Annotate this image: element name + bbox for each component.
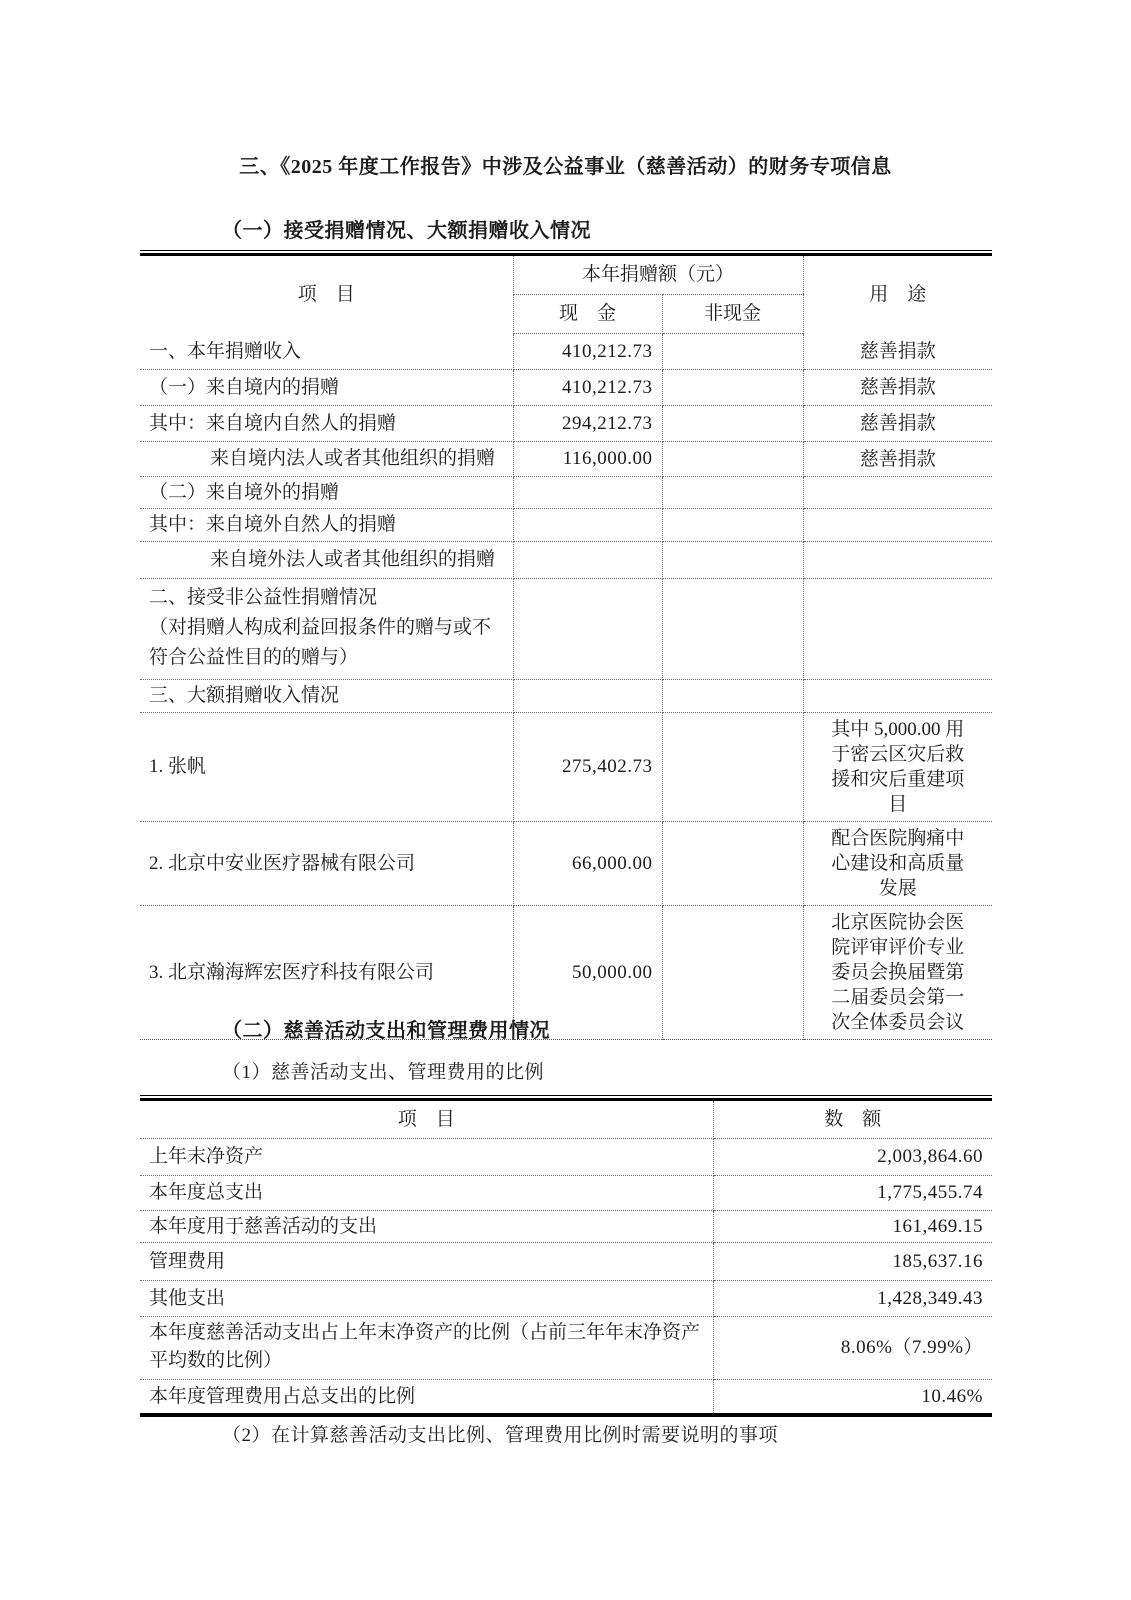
table-row: 三、大额捐赠收入情况	[140, 680, 992, 713]
purpose-cell	[803, 477, 992, 509]
non-cash-cell	[662, 334, 803, 370]
purpose-cell	[803, 509, 992, 542]
amount-cell: 185,637.16	[713, 1243, 992, 1281]
cash-cell: 275,402.73	[513, 713, 662, 822]
purpose-cell	[803, 579, 992, 680]
non-cash-cell	[662, 442, 803, 477]
table-row: 二、接受非公益性捐赠情况 （对捐赠人构成利益回报条件的赠与或不符合公益性目的的赠…	[140, 579, 992, 680]
item-cell: 来自境外法人或者其他组织的捐赠	[140, 542, 513, 579]
item-cell: 本年度管理费用占总支出的比例	[140, 1380, 713, 1415]
non-cash-cell	[662, 406, 803, 442]
non-cash-cell	[662, 477, 803, 509]
amount-cell: 2,003,864.60	[713, 1139, 992, 1176]
expense-table-wrapper: 项 目 数 额 上年末净资产 2,003,864.60 本年度总支出 1,775…	[140, 1095, 992, 1417]
purpose-cell	[803, 542, 992, 579]
non-cash-cell	[662, 579, 803, 680]
cash-cell: 410,212.73	[513, 334, 662, 370]
item-cell: （一）来自境内的捐赠	[140, 370, 513, 406]
purpose-cell: 其中 5,000.00 用于密云区灾后救援和灾后重建项目	[803, 713, 992, 822]
item-cell: 二、接受非公益性捐赠情况 （对捐赠人构成利益回报条件的赠与或不符合公益性目的的赠…	[140, 579, 513, 680]
table-row: 本年度用于慈善活动的支出 161,469.15	[140, 1211, 992, 1243]
item-cell: 来自境内法人或者其他组织的捐赠	[140, 442, 513, 477]
table-row: 本年度总支出 1,775,455.74	[140, 1176, 992, 1211]
item-cell: （二）来自境外的捐赠	[140, 477, 513, 509]
section2-heading: （二）慈善活动支出和管理费用情况	[222, 1014, 550, 1043]
item-cell: 管理费用	[140, 1243, 713, 1281]
non-cash-cell	[662, 822, 803, 906]
item-cell: 其他支出	[140, 1281, 713, 1317]
purpose-cell: 配合医院胸痛中心建设和高质量发展	[803, 822, 992, 906]
item-cell: 其中：来自境内自然人的捐赠	[140, 406, 513, 442]
table-row: （一）来自境内的捐赠 410,212.73 慈善捐款	[140, 370, 992, 406]
non-cash-cell	[662, 680, 803, 713]
non-cash-cell	[662, 906, 803, 1040]
donation-table: 项 目 本年捐赠额（元） 用 途 现 金 非现金 一、本年捐赠收入 410,21…	[140, 253, 992, 1040]
table-row: 来自境外法人或者其他组织的捐赠	[140, 542, 992, 579]
purpose-cell: 慈善捐款	[803, 442, 992, 477]
col-header-item: 项 目	[140, 255, 513, 334]
expense-table: 项 目 数 额 上年末净资产 2,003,864.60 本年度总支出 1,775…	[140, 1098, 992, 1417]
col-header-item: 项 目	[140, 1100, 713, 1139]
col-header-amount-group: 本年捐赠额（元）	[513, 255, 803, 295]
table-row: 其中：来自境内自然人的捐赠 294,212.73 慈善捐款	[140, 406, 992, 442]
amount-cell: 10.46%	[713, 1380, 992, 1415]
cash-cell	[513, 579, 662, 680]
table-row: 2. 北京中安业医疗器械有限公司 66,000.00 配合医院胸痛中心建设和高质…	[140, 822, 992, 906]
cash-cell	[513, 477, 662, 509]
cash-cell	[513, 680, 662, 713]
section2-sub1-heading: （1）慈善活动支出、管理费用的比例	[222, 1057, 544, 1084]
table-row: 本年度慈善活动支出占上年末净资产的比例（占前三年年末净资产平均数的比例） 8.0…	[140, 1317, 992, 1380]
page-title: 三、《2025 年度工作报告》中涉及公益事业（慈善活动）的财务专项信息	[0, 150, 1131, 179]
donation-header-row-1: 项 目 本年捐赠额（元） 用 途	[140, 255, 992, 295]
table-row: 上年末净资产 2,003,864.60	[140, 1139, 992, 1176]
purpose-cell: 慈善捐款	[803, 370, 992, 406]
non-cash-cell	[662, 542, 803, 579]
report-page: 三、《2025 年度工作报告》中涉及公益事业（慈善活动）的财务专项信息 （一）接…	[0, 0, 1131, 1600]
item-cell: 上年末净资产	[140, 1139, 713, 1176]
col-header-cash: 现 金	[513, 295, 662, 334]
cash-cell: 294,212.73	[513, 406, 662, 442]
purpose-cell: 慈善捐款	[803, 334, 992, 370]
expense-header-row: 项 目 数 额	[140, 1100, 992, 1139]
item-cell: 本年度用于慈善活动的支出	[140, 1211, 713, 1243]
table-row: 1. 张帆 275,402.73 其中 5,000.00 用于密云区灾后救援和灾…	[140, 713, 992, 822]
item-cell: 2. 北京中安业医疗器械有限公司	[140, 822, 513, 906]
cash-cell	[513, 509, 662, 542]
donation-table-wrapper: 项 目 本年捐赠额（元） 用 途 现 金 非现金 一、本年捐赠收入 410,21…	[140, 250, 992, 1040]
non-cash-cell	[662, 370, 803, 406]
table-row: 管理费用 185,637.16	[140, 1243, 992, 1281]
table-row: 其他支出 1,428,349.43	[140, 1281, 992, 1317]
table-row: 来自境内法人或者其他组织的捐赠 116,000.00 慈善捐款	[140, 442, 992, 477]
cash-cell: 66,000.00	[513, 822, 662, 906]
cash-cell: 410,212.73	[513, 370, 662, 406]
table-row: （二）来自境外的捐赠	[140, 477, 992, 509]
col-header-amount: 数 额	[713, 1100, 992, 1139]
col-header-non-cash: 非现金	[662, 295, 803, 334]
col-header-purpose: 用 途	[803, 255, 992, 334]
purpose-cell: 慈善捐款	[803, 406, 992, 442]
non-cash-cell	[662, 509, 803, 542]
item-cell: 本年度总支出	[140, 1176, 713, 1211]
table-row: 一、本年捐赠收入 410,212.73 慈善捐款	[140, 334, 992, 370]
amount-cell: 1,775,455.74	[713, 1176, 992, 1211]
purpose-cell: 北京医院协会医院评审评价专业委员会换届暨第二届委员会第一次全体委员会议	[803, 906, 992, 1040]
item-cell: 1. 张帆	[140, 713, 513, 822]
item-cell: 三、大额捐赠收入情况	[140, 680, 513, 713]
cash-cell: 116,000.00	[513, 442, 662, 477]
item-cell: 本年度慈善活动支出占上年末净资产的比例（占前三年年末净资产平均数的比例）	[140, 1317, 713, 1380]
item-cell: 一、本年捐赠收入	[140, 334, 513, 370]
amount-cell: 1,428,349.43	[713, 1281, 992, 1317]
item-cell: 其中：来自境外自然人的捐赠	[140, 509, 513, 542]
purpose-cell	[803, 680, 992, 713]
table-row: 其中：来自境外自然人的捐赠	[140, 509, 992, 542]
amount-cell: 8.06%（7.99%）	[713, 1317, 992, 1380]
section2-sub2-heading: （2）在计算慈善活动支出比例、管理费用比例时需要说明的事项	[222, 1420, 778, 1447]
non-cash-cell	[662, 713, 803, 822]
table-row: 本年度管理费用占总支出的比例 10.46%	[140, 1380, 992, 1415]
amount-cell: 161,469.15	[713, 1211, 992, 1243]
cash-cell	[513, 542, 662, 579]
section1-heading: （一）接受捐赠情况、大额捐赠收入情况	[222, 214, 591, 243]
